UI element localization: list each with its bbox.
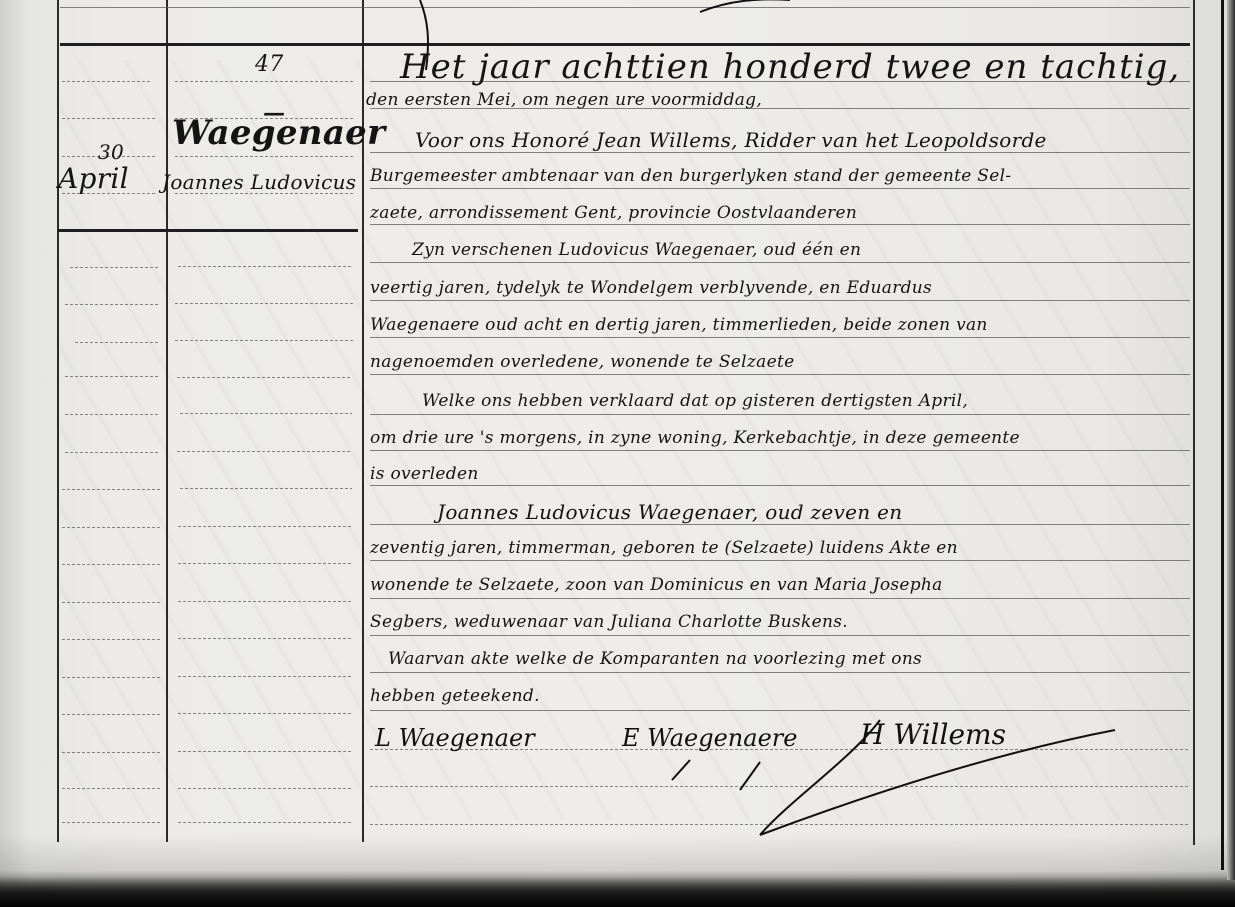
register-page: 47 — 30 April Waegenaer Joannes Ludovicu… xyxy=(0,0,1235,907)
page-bottom-edge xyxy=(0,877,1235,907)
page-right-edge xyxy=(1227,0,1235,880)
signature-flourish xyxy=(0,0,1235,907)
